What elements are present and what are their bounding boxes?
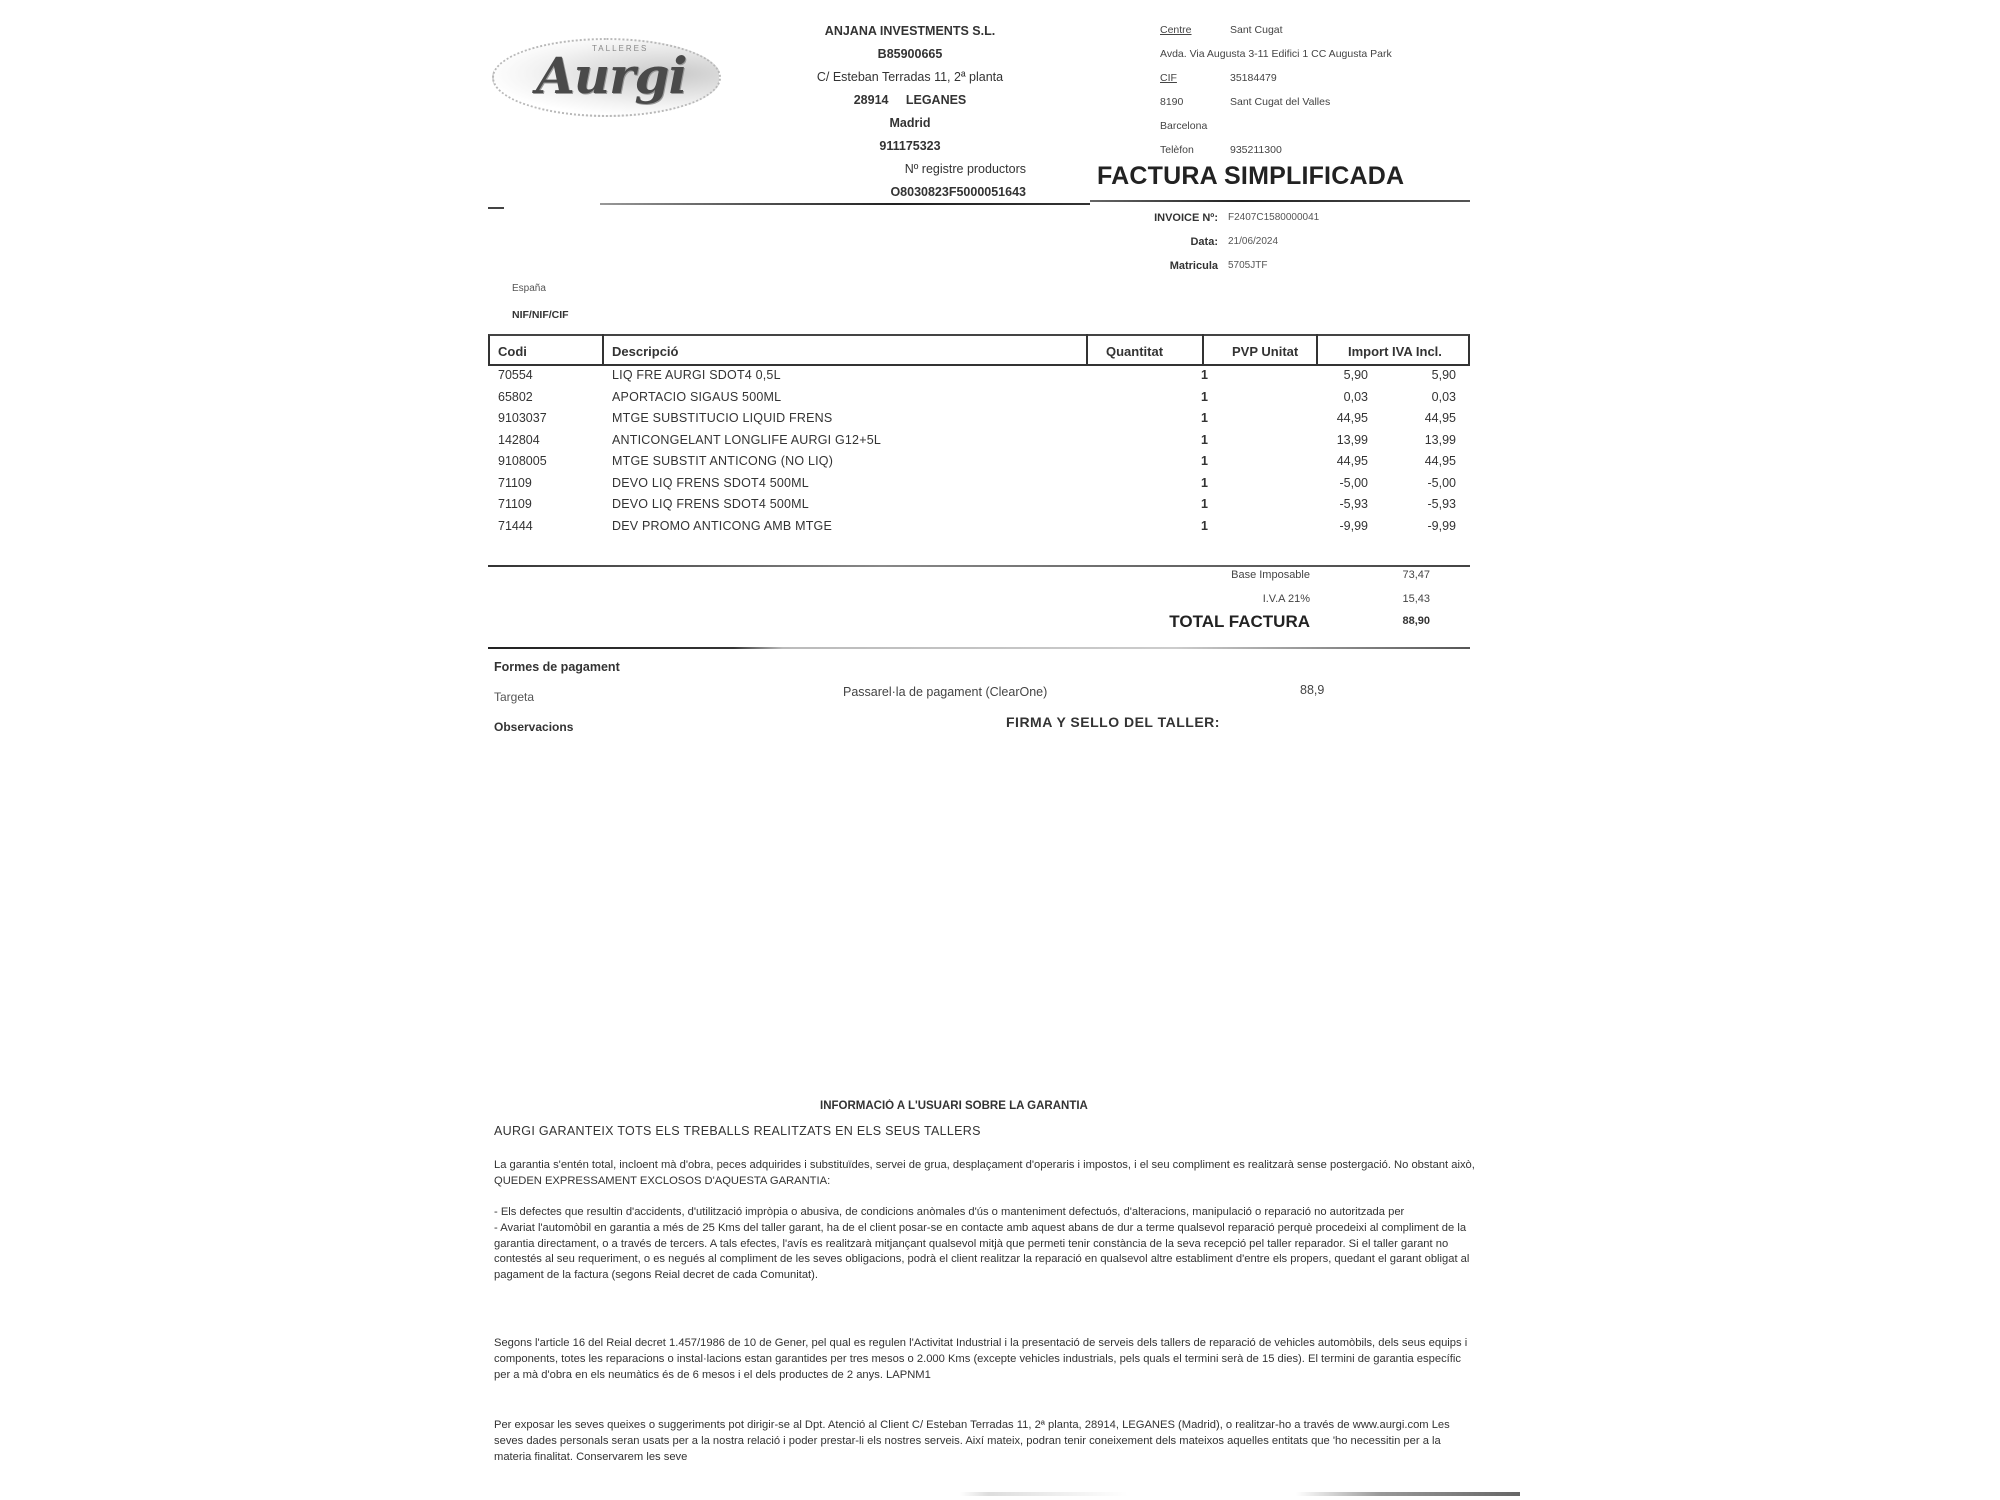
cell-desc: MTGE SUBSTITUCIO LIQUID FRENS: [612, 411, 832, 425]
guarantee-paragraph: La garantia s'entén total, incloent mà d…: [494, 1158, 1480, 1190]
guarantee-legal: Segons l'article 16 del Reial decret 1.4…: [494, 1336, 1480, 1383]
column-divider: [1316, 334, 1318, 364]
cell-desc: DEVO LIQ FRENS SDOT4 500ML: [612, 476, 809, 490]
centre-address: Avda. Via Augusta 3-11 Edifici 1 CC Augu…: [1160, 42, 1392, 66]
customer-country: España: [512, 283, 546, 294]
tax-base-value: 73,47: [1402, 569, 1430, 581]
table-row: 9103037MTGE SUBSTITUCIO LIQUID FRENS144,…: [488, 409, 1470, 431]
cell-qty: 1: [1168, 476, 1208, 490]
vat-row: I.V.A 21%15,43: [1100, 588, 1460, 612]
totals: Base Imposable73,47 I.V.A 21%15,43 TOTAL…: [1100, 564, 1460, 636]
centre-label: Barcelona: [1160, 114, 1230, 138]
cell-import: 44,95: [1368, 411, 1456, 425]
guarantee-title: INFORMACIÓ A L'USUARI SOBRE LA GARANTIA: [820, 1100, 1088, 1112]
cell-desc: ANTICONGELANT LONGLIFE AURGI G12+5L: [612, 433, 881, 447]
signature-label: FIRMA Y SELLO DEL TALLER:: [1006, 714, 1220, 730]
meta-label: Data:: [1100, 230, 1228, 254]
total-value: 88,90: [1402, 615, 1430, 627]
centre-value: 935211300: [1230, 138, 1282, 162]
cell-qty: 1: [1168, 368, 1208, 382]
items-table: Codi Descripció Quantitat PVP Unitat Imp…: [488, 334, 1470, 538]
tax-base-row: Base Imposable73,47: [1100, 564, 1460, 588]
column-divider: [1086, 334, 1088, 364]
cell-qty: 1: [1168, 454, 1208, 468]
centre-row: CentreSant Cugat: [1160, 18, 1392, 42]
cell-qty: 1: [1168, 497, 1208, 511]
company-address: C/ Esteban Terradas 11, 2ª planta: [780, 66, 1040, 89]
cell-pvp: 44,95: [1268, 411, 1368, 425]
cell-import: 0,03: [1368, 390, 1456, 404]
column-divider: [602, 334, 604, 364]
table-row: 142804ANTICONGELANT LONGLIFE AURGI G12+5…: [488, 431, 1470, 453]
centre-info: CentreSant Cugat Avda. Via Augusta 3-11 …: [1160, 18, 1392, 162]
observations-label: Observacions: [494, 720, 573, 734]
aurgi-logo: TALLERES Aurgi: [492, 28, 722, 118]
centre-row: Avda. Via Augusta 3-11 Edifici 1 CC Augu…: [1160, 42, 1392, 66]
logo-brand: Aurgi: [536, 46, 686, 105]
payment-gateway: Passarel·la de pagament (ClearOne): [843, 685, 1047, 699]
cell-desc: APORTACIO SIGAUS 500ML: [612, 390, 781, 404]
producer-number: O8030823F5000051643: [780, 181, 1040, 204]
divider: [488, 207, 504, 209]
invoice-title: FACTURA SIMPLIFICADA: [1097, 162, 1404, 191]
table-body: 70554LIQ FRE AURGI SDOT4 0,5L15,905,9065…: [488, 366, 1470, 538]
divider: [488, 647, 1470, 649]
col-header-unit-price: PVP Unitat: [1232, 344, 1298, 359]
cell-qty: 1: [1168, 519, 1208, 533]
col-header-description: Descripció: [612, 344, 678, 359]
total-row: TOTAL FACTURA88,90: [1100, 612, 1460, 636]
cell-import: 5,90: [1368, 368, 1456, 382]
cell-code: 9108005: [498, 454, 547, 468]
centre-row: Barcelona: [1160, 114, 1392, 138]
invoice-date-row: Data:21/06/2024: [1100, 230, 1319, 254]
invoice-number: F2407C1580000041: [1228, 206, 1319, 230]
centre-label: Centre: [1160, 18, 1230, 42]
cell-pvp: -9,99: [1268, 519, 1368, 533]
cell-code: 65802: [498, 390, 533, 404]
cell-desc: MTGE SUBSTIT ANTICONG (NO LIQ): [612, 454, 833, 468]
producer-label: Nº registre productors: [780, 158, 1040, 181]
centre-row: CIF35184479: [1160, 66, 1392, 90]
table-header: Codi Descripció Quantitat PVP Unitat Imp…: [488, 334, 1470, 366]
table-row: 65802APORTACIO SIGAUS 500ML10,030,03: [488, 388, 1470, 410]
table-row: 9108005MTGE SUBSTIT ANTICONG (NO LIQ)144…: [488, 452, 1470, 474]
cell-import: 13,99: [1368, 433, 1456, 447]
guarantee-exclusions: - Els defectes que resultin d'accidents,…: [494, 1205, 1480, 1284]
guarantee-subtitle: AURGI GARANTEIX TOTS ELS TREBALLS REALIT…: [494, 1124, 981, 1138]
meta-label: Matricula: [1100, 254, 1228, 278]
invoice-number-row: INVOICE Nº:F2407C1580000041: [1100, 206, 1319, 230]
vat-label: I.V.A 21%: [1263, 593, 1310, 605]
cell-desc: DEV PROMO ANTICONG AMB MTGE: [612, 519, 832, 533]
col-header-quantity: Quantitat: [1106, 344, 1163, 359]
cell-pvp: -5,00: [1268, 476, 1368, 490]
centre-row: Telèfon935211300: [1160, 138, 1392, 162]
divider: [600, 203, 1090, 205]
cell-pvp: 5,90: [1268, 368, 1368, 382]
vat-value: 15,43: [1402, 593, 1430, 605]
tax-base-label: Base Imposable: [1231, 569, 1310, 581]
cell-import: -5,93: [1368, 497, 1456, 511]
company-info: ANJANA INVESTMENTS S.L. B85900665 C/ Est…: [780, 20, 1040, 204]
cell-qty: 1: [1168, 433, 1208, 447]
cell-import: -9,99: [1368, 519, 1456, 533]
col-header-code: Codi: [498, 344, 527, 359]
cell-qty: 1: [1168, 411, 1208, 425]
cell-import: -5,00: [1368, 476, 1456, 490]
cell-pvp: 13,99: [1268, 433, 1368, 447]
cell-desc: DEVO LIQ FRENS SDOT4 500ML: [612, 497, 809, 511]
scan-artifact: [960, 1492, 1520, 1496]
cell-code: 70554: [498, 368, 533, 382]
guarantee-contact: Per exposar les seves queixes o suggerim…: [494, 1418, 1480, 1465]
cell-code: 9103037: [498, 411, 547, 425]
cell-code: 71109: [498, 497, 532, 511]
cell-import: 44,95: [1368, 454, 1456, 468]
centre-value: Sant Cugat del Valles: [1230, 90, 1330, 114]
table-row: 71109DEVO LIQ FRENS SDOT4 500ML1-5,93-5,…: [488, 495, 1470, 517]
invoice-meta: INVOICE Nº:F2407C1580000041 Data:21/06/2…: [1100, 206, 1319, 278]
cell-code: 71444: [498, 519, 533, 533]
payment-method: Targeta: [494, 690, 534, 704]
column-divider: [1202, 334, 1204, 364]
centre-label: CIF: [1160, 66, 1230, 90]
cell-pvp: -5,93: [1268, 497, 1368, 511]
centre-label: 8190: [1160, 90, 1230, 114]
plate-row: Matricula5705JTF: [1100, 254, 1319, 278]
total-label: TOTAL FACTURA: [1169, 612, 1310, 632]
company-phone: 911175323: [780, 135, 1040, 158]
table-row: 71109DEVO LIQ FRENS SDOT4 500ML1-5,00-5,…: [488, 474, 1470, 496]
centre-row: 8190Sant Cugat del Valles: [1160, 90, 1392, 114]
cell-code: 142804: [498, 433, 540, 447]
customer-nif-label: NIF/NIF/CIF: [512, 309, 569, 321]
centre-label: Telèfon: [1160, 138, 1230, 162]
company-tax-id: B85900665: [780, 43, 1040, 66]
meta-label: INVOICE Nº:: [1100, 206, 1228, 230]
payment-heading: Formes de pagament: [494, 660, 620, 674]
table-row: 70554LIQ FRE AURGI SDOT4 0,5L15,905,90: [488, 366, 1470, 388]
divider: [1090, 200, 1470, 202]
cell-desc: LIQ FRE AURGI SDOT4 0,5L: [612, 368, 781, 382]
centre-value: 35184479: [1230, 66, 1277, 90]
license-plate: 5705JTF: [1228, 254, 1267, 278]
cell-pvp: 0,03: [1268, 390, 1368, 404]
company-region: Madrid: [780, 112, 1040, 135]
cell-qty: 1: [1168, 390, 1208, 404]
company-postal-city: 28914 LEGANES: [780, 89, 1040, 112]
company-name: ANJANA INVESTMENTS S.L.: [780, 20, 1040, 43]
payment-heading-text: Formes de pagament: [494, 660, 620, 674]
col-header-amount: Import IVA Incl.: [1348, 344, 1442, 359]
payment-amount: 88,9: [1300, 683, 1324, 697]
centre-value: Sant Cugat: [1230, 18, 1283, 42]
cell-pvp: 44,95: [1268, 454, 1368, 468]
invoice-date: 21/06/2024: [1228, 230, 1278, 254]
cell-code: 71109: [498, 476, 532, 490]
table-row: 71444DEV PROMO ANTICONG AMB MTGE1-9,99-9…: [488, 517, 1470, 539]
